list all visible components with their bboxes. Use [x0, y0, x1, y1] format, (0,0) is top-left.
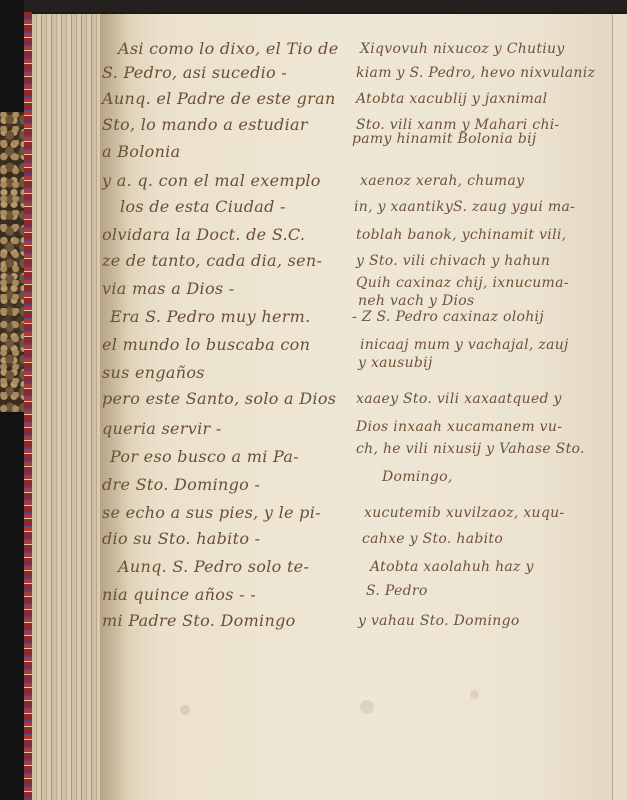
spanish-line: Aunq. el Padre de este gran: [102, 90, 336, 108]
kiche-line: y Sto. vili chivach y hahun: [356, 252, 550, 270]
kiche-line: inicaaj mum y vachajal, zauj: [360, 336, 569, 354]
book-cover-top: [0, 0, 627, 12]
kiche-line: Atobta xaolahuh haz y: [370, 558, 534, 576]
next-page-edge: [612, 14, 627, 800]
spanish-line: dre Sto. Domingo -: [102, 476, 260, 494]
page-edges: [32, 14, 102, 800]
spanish-line: olvidara la Doct. de S.C.: [102, 226, 305, 244]
kiche-line: y vahau Sto. Domingo: [358, 612, 520, 630]
kiche-line: in, y xaantikyS. zaug ygui ma-: [354, 198, 575, 216]
kiche-line: Domingo,: [382, 468, 453, 486]
kiche-line: xaaey Sto. vili xaxaatqued y: [356, 390, 562, 408]
spanish-line: Asi como lo dixo, el Tio de: [118, 40, 338, 58]
spanish-line: S. Pedro, asi sucedio -: [102, 64, 287, 82]
spanish-line: Por eso busco a mi Pa-: [110, 448, 299, 466]
spanish-line: los de esta Ciudad -: [120, 198, 286, 216]
kiche-line: Quih caxinaz chij, ixnucuma-: [356, 274, 569, 292]
kiche-line: ch, he vili nixusij y Vahase Sto.: [356, 440, 585, 458]
kiche-line: S. Pedro: [366, 582, 428, 600]
kiche-line: xucutemib xuvilzaoz, xuqu-: [364, 504, 564, 522]
spanish-line: mi Padre Sto. Domingo: [102, 612, 296, 630]
spanish-line: a Bolonia: [102, 143, 180, 161]
spanish-line: se echo a sus pies, y le pi-: [102, 504, 321, 522]
spanish-line: pero este Santo, solo a Dios: [102, 390, 336, 408]
spanish-line: Era S. Pedro muy herm.: [110, 308, 311, 326]
kiche-line: cahxe y Sto. habito: [362, 530, 503, 548]
kiche-line: toblah banok, ychinamit vili,: [356, 226, 566, 244]
kiche-line: y xausubij: [358, 354, 433, 372]
kiche-line: pamy hinamit Bolonia bij: [352, 130, 537, 148]
kiche-line: xaenoz xerah, chumay: [360, 172, 524, 190]
spanish-line: y a. q. con el mal exemplo: [102, 172, 321, 190]
spanish-line: queria servir -: [102, 420, 222, 438]
spanish-line: nia quince años - -: [102, 586, 256, 604]
headband: [24, 12, 32, 800]
spanish-line: Sto, lo mando a estudiar: [102, 116, 308, 134]
paper-stain: [180, 705, 190, 715]
spanish-line: via mas a Dios -: [102, 280, 235, 298]
kiche-line: - Z S. Pedro caxinaz olohij: [352, 308, 544, 326]
spanish-line: ze de tanto, cada dia, sen-: [102, 252, 322, 270]
paper-stain: [470, 690, 479, 699]
kiche-line: Dios inxaah xucamanem vu-: [356, 418, 562, 436]
spanish-line: Aunq. S. Pedro solo te-: [118, 558, 309, 576]
kiche-line: Xiqvovuh nixucoz y Chutiuy: [360, 40, 565, 58]
marbled-endpaper: [0, 112, 24, 412]
spanish-line: sus engaños: [102, 364, 205, 382]
spanish-line: dio su Sto. habito -: [102, 530, 260, 548]
kiche-line: kiam y S. Pedro, hevo nixvulaniz: [356, 64, 595, 82]
paper-stain: [360, 700, 374, 714]
spanish-line: el mundo lo buscaba con: [102, 336, 310, 354]
kiche-line: Atobta xacublij y jaxnimal: [356, 90, 547, 108]
